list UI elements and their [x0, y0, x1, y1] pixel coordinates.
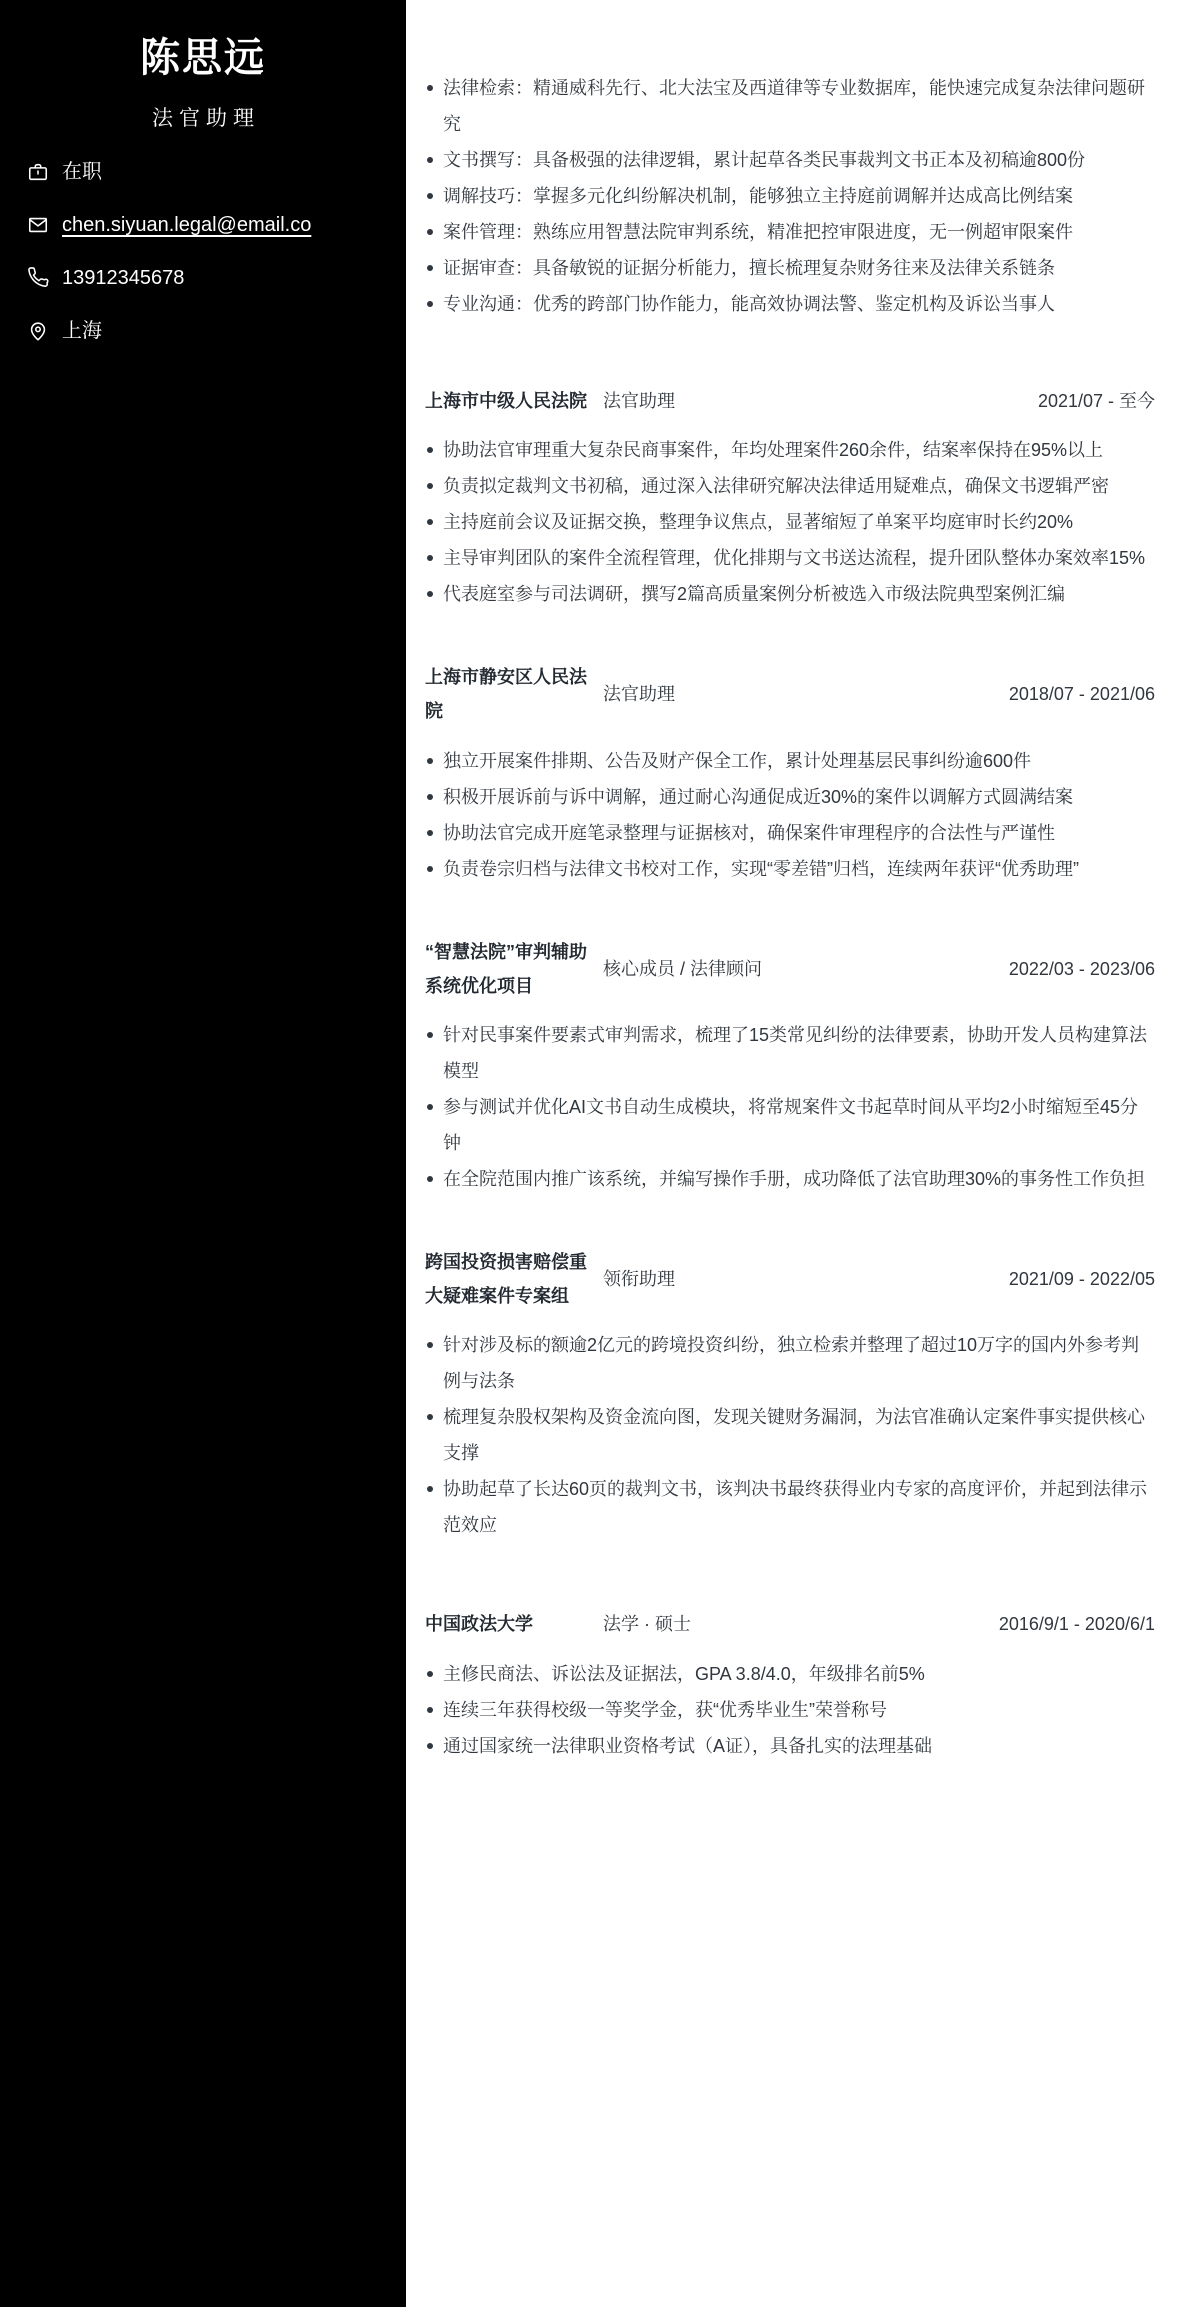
bullet-item: 针对涉及标的额逾2亿元的跨境投资纠纷，独立检索并整理了超过10万字的国内外参考判… — [425, 1327, 1155, 1399]
date-range: 2022/03 - 2023/06 — [1009, 952, 1155, 986]
group-header: 上海市静安区人民法院法官助理2018/07 - 2021/06 — [425, 660, 1155, 728]
date-range: 2016/9/1 - 2020/6/1 — [999, 1607, 1155, 1641]
bullet-item: 参与测试并优化AI文书自动生成模块，将常规案件文书起草时间从平均2小时缩短至45… — [425, 1089, 1155, 1161]
bullet-item: 主持庭前会议及证据交换，整理争议焦点，显著缩短了单案平均庭审时长约20% — [425, 504, 1155, 540]
role-title: 领衔助理 — [603, 1262, 1009, 1296]
sidebar: 陈思远 法官助理 在职chen.siyuan.legal@email.co139… — [0, 0, 406, 2307]
role-title: 法官助理 — [603, 677, 1009, 711]
bullet-list: 主修民商法、诉讼法及证据法，GPA 3.8/4.0，年级排名前5%连续三年获得校… — [425, 1656, 1155, 1764]
location-icon — [27, 320, 49, 342]
experience-group: 上海市静安区人民法院法官助理2018/07 - 2021/06独立开展案件排期、… — [425, 660, 1155, 886]
bullet-item: 积极开展诉前与诉中调解，通过耐心沟通促成近30%的案件以调解方式圆满结案 — [425, 779, 1155, 815]
role-title: 核心成员 / 法律顾问 — [603, 952, 1009, 986]
person-job-title: 法官助理 — [0, 105, 406, 132]
main-content: 法律检索：精通威科先行、北大法宝及西道律等专业数据库，能快速完成复杂法律问题研究… — [406, 0, 1191, 2307]
bullet-item: 连续三年获得校级一等奖学金，获“优秀毕业生”荣誉称号 — [425, 1692, 1155, 1728]
bullet-item: 协助法官完成开庭笔录整理与证据核对，确保案件审理程序的合法性与严谨性 — [425, 815, 1155, 851]
project-group: 跨国投资损害赔偿重大疑难案件专案组领衔助理2021/09 - 2022/05针对… — [425, 1245, 1155, 1543]
bullet-item: 协助法官审理重大复杂民商事案件，年均处理案件260余件，结案率保持在95%以上 — [425, 432, 1155, 468]
bullet-list: 针对涉及标的额逾2亿元的跨境投资纠纷，独立检索并整理了超过10万字的国内外参考判… — [425, 1327, 1155, 1543]
bullet-item: 通过国家统一法律职业资格考试（A证），具备扎实的法理基础 — [425, 1728, 1155, 1764]
contact-row: 上海 — [27, 317, 392, 345]
bullet-item: 协助起草了长达60页的裁判文书，该判决书最终获得业内专家的高度评价，并起到法律示… — [425, 1471, 1155, 1543]
briefcase-icon — [27, 161, 49, 183]
role-title: 法官助理 — [603, 384, 1038, 418]
bullet-item: 法律检索：精通威科先行、北大法宝及西道律等专业数据库，能快速完成复杂法律问题研究 — [425, 70, 1155, 142]
org-name: 上海市静安区人民法院 — [425, 660, 603, 728]
bullet-item: 代表庭室参与司法调研，撰写2篇高质量案例分析被选入市级法院典型案例汇编 — [425, 576, 1155, 612]
bullet-item: 文书撰写：具备极强的法律逻辑，累计起草各类民事裁判文书正本及初稿逾800份 — [425, 142, 1155, 178]
contact-text: 上海 — [62, 317, 102, 345]
bullet-item: 专业沟通：优秀的跨部门协作能力，能高效协调法警、鉴定机构及诉讼当事人 — [425, 286, 1155, 322]
contact-text: chen.siyuan.legal@email.co — [62, 211, 311, 239]
date-range: 2018/07 - 2021/06 — [1009, 677, 1155, 711]
bullet-list: 针对民事案件要素式审判需求，梳理了15类常见纠纷的法律要素，协助开发人员构建算法… — [425, 1017, 1155, 1197]
bullet-list: 协助法官审理重大复杂民商事案件，年均处理案件260余件，结案率保持在95%以上负… — [425, 432, 1155, 612]
bullet-item: 主修民商法、诉讼法及证据法，GPA 3.8/4.0，年级排名前5% — [425, 1656, 1155, 1692]
group-header: 跨国投资损害赔偿重大疑难案件专案组领衔助理2021/09 - 2022/05 — [425, 1245, 1155, 1313]
bullet-item: 针对民事案件要素式审判需求，梳理了15类常见纠纷的法律要素，协助开发人员构建算法… — [425, 1017, 1155, 1089]
bullet-item: 主导审判团队的案件全流程管理，优化排期与文书送达流程，提升团队整体办案效率15% — [425, 540, 1155, 576]
resume-page: 陈思远 法官助理 在职chen.siyuan.legal@email.co139… — [0, 0, 1191, 2307]
education-group: 中国政法大学法学 · 硕士2016/9/1 - 2020/6/1主修民商法、诉讼… — [425, 1607, 1155, 1763]
bullet-item: 负责卷宗归档与法律文书校对工作，实现“零差错”归档，连续两年获评“优秀助理” — [425, 851, 1155, 887]
role-title: 法学 · 硕士 — [603, 1607, 999, 1641]
phone-icon — [27, 267, 49, 289]
experience-group: 上海市中级人民法院法官助理2021/07 - 至今协助法官审理重大复杂民商事案件… — [425, 384, 1155, 612]
contact-row: 在职 — [27, 158, 392, 186]
date-range: 2021/09 - 2022/05 — [1009, 1262, 1155, 1296]
bullet-item: 调解技巧：掌握多元化纠纷解决机制，能够独立主持庭前调解并达成高比例结案 — [425, 178, 1155, 214]
bullet-item: 证据审查：具备敏锐的证据分析能力，擅长梳理复杂财务往来及法律关系链条 — [425, 250, 1155, 286]
group-header: 上海市中级人民法院法官助理2021/07 - 至今 — [425, 384, 1155, 418]
summary-list: 法律检索：精通威科先行、北大法宝及西道律等专业数据库，能快速完成复杂法律问题研究… — [425, 70, 1155, 322]
bullet-item: 案件管理：熟练应用智慧法院审判系统，精准把控审限进度，无一例超审限案件 — [425, 214, 1155, 250]
group-header: “智慧法院”审判辅助系统优化项目核心成员 / 法律顾问2022/03 - 202… — [425, 935, 1155, 1003]
bullet-item: 梳理复杂股权架构及资金流向图，发现关键财务漏洞，为法官准确认定案件事实提供核心支… — [425, 1399, 1155, 1471]
contact-row[interactable]: chen.siyuan.legal@email.co — [27, 211, 392, 239]
person-name: 陈思远 — [0, 34, 406, 82]
mail-icon — [27, 214, 49, 236]
bullet-item: 独立开展案件排期、公告及财产保全工作，累计处理基层民事纠纷逾600件 — [425, 743, 1155, 779]
bullet-list: 独立开展案件排期、公告及财产保全工作，累计处理基层民事纠纷逾600件积极开展诉前… — [425, 743, 1155, 887]
project-group: “智慧法院”审判辅助系统优化项目核心成员 / 法律顾问2022/03 - 202… — [425, 935, 1155, 1197]
contact-row: 13912345678 — [27, 264, 392, 292]
resume-sections: 上海市中级人民法院法官助理2021/07 - 至今协助法官审理重大复杂民商事案件… — [425, 384, 1155, 1764]
org-name: 中国政法大学 — [425, 1607, 603, 1641]
org-name: 上海市中级人民法院 — [425, 384, 603, 418]
bullet-item: 负责拟定裁判文书初稿，通过深入法律研究解决法律适用疑难点，确保文书逻辑严密 — [425, 468, 1155, 504]
contact-text: 在职 — [62, 158, 102, 186]
org-name: “智慧法院”审判辅助系统优化项目 — [425, 935, 603, 1003]
contact-text: 13912345678 — [62, 264, 184, 292]
contact-list: 在职chen.siyuan.legal@email.co13912345678上… — [0, 158, 406, 345]
org-name: 跨国投资损害赔偿重大疑难案件专案组 — [425, 1245, 603, 1313]
date-range: 2021/07 - 至今 — [1038, 384, 1155, 418]
bullet-item: 在全院范围内推广该系统，并编写操作手册，成功降低了法官助理30%的事务性工作负担 — [425, 1161, 1155, 1197]
group-header: 中国政法大学法学 · 硕士2016/9/1 - 2020/6/1 — [425, 1607, 1155, 1641]
